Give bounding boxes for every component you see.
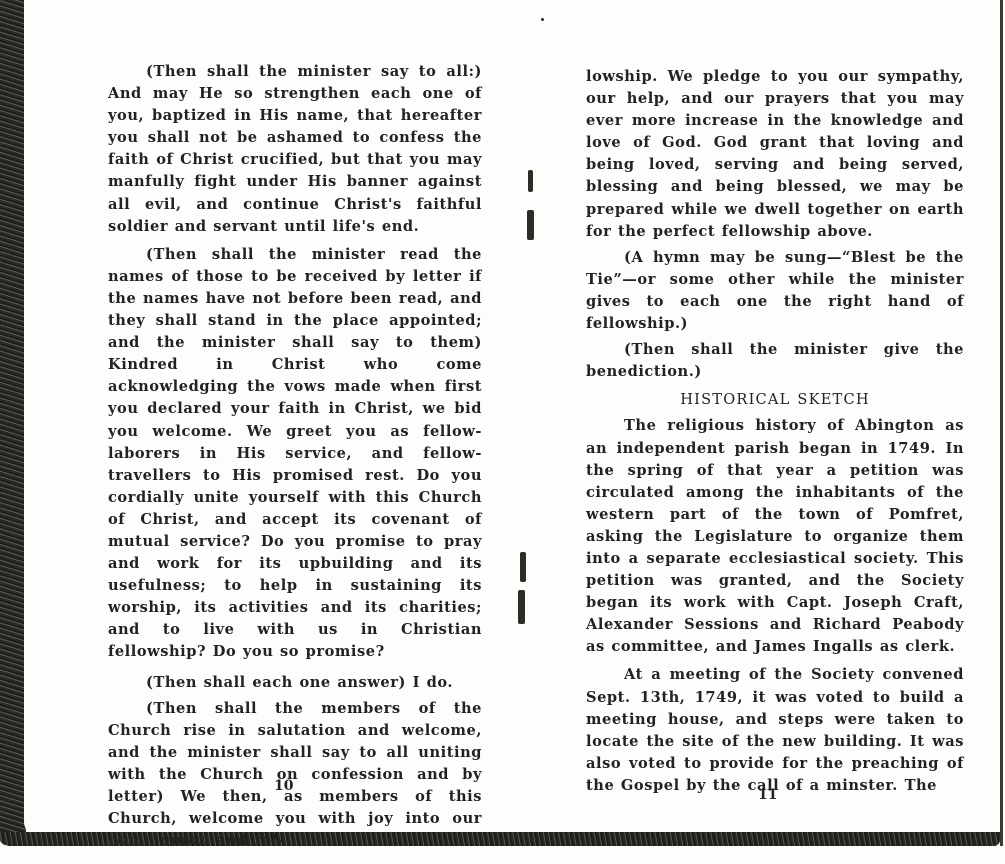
binding-edge: [0, 0, 26, 845]
paragraph: (Then shall the minister read the names …: [108, 244, 482, 664]
right-edge: [1000, 0, 1003, 846]
paragraph: (A hymn may be sung—“Blest be the Tie”—o…: [586, 247, 964, 335]
right-page-text: lowship. We pledge to you our sympathy, …: [586, 66, 964, 797]
gutter-staple-mark: [520, 552, 526, 582]
paragraph: The religious history of Abington as an …: [586, 415, 964, 658]
scanned-spread: (Then shall the minister say to all:) An…: [0, 0, 1005, 864]
gutter-dot: [541, 18, 544, 21]
section-heading: HISTORICAL SKETCH: [586, 389, 964, 411]
gutter-staple-mark: [527, 210, 534, 240]
answer-line: (Then shall each one answer) I do.: [108, 672, 482, 694]
left-page-text: (Then shall the minister say to all:) An…: [108, 61, 482, 852]
continuation-paragraph: lowship. We pledge to you our sympathy, …: [586, 66, 964, 243]
gutter-staple-mark: [518, 590, 525, 624]
gutter-staple-mark: [528, 170, 533, 192]
page-number-right: 11: [758, 787, 777, 803]
paragraph: At a meeting of the Society convened Sep…: [586, 664, 964, 797]
paragraph: (Then shall the minister say to all:) An…: [108, 61, 482, 238]
page-number-left: 10: [274, 778, 293, 794]
paragraph: (Then shall the members of the Church ri…: [108, 698, 482, 853]
paragraph: (Then shall the minister give the benedi…: [586, 339, 964, 383]
